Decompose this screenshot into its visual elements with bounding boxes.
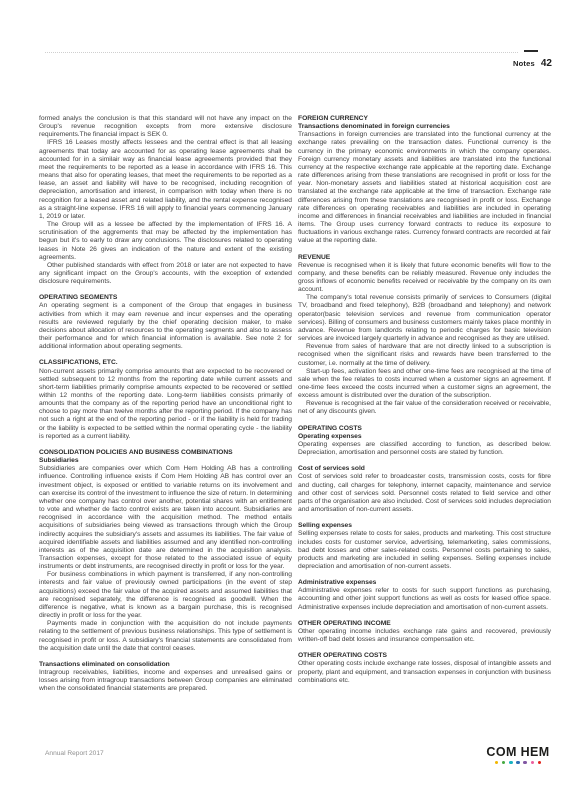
section-heading: CLASSIFICATIONS, ETC. [39, 359, 292, 367]
logo-dot-icon [538, 761, 541, 764]
paragraph: Other operating costs include exchange r… [298, 660, 551, 684]
section-heading: OPERATING SEGMENTS [39, 294, 292, 302]
logo-dot-icon [509, 761, 512, 764]
paragraph: Intragroup receivables, liabilities, inc… [39, 669, 292, 693]
paragraph: Selling expenses relate to costs for sal… [298, 530, 551, 571]
paragraph: Operating expenses are classified accord… [298, 441, 551, 457]
section-heading: REVENUE [298, 254, 551, 262]
header-dotted-rule [45, 52, 518, 53]
paragraph: The Group will as a lessee be affected b… [39, 221, 292, 262]
sub-heading: Transactions eliminated on consolidation [39, 661, 292, 669]
logo-dot-icon [516, 761, 519, 764]
paragraph: Other published standards with effect fr… [39, 262, 292, 286]
paragraph: The company's total revenue consists pri… [298, 294, 551, 343]
section-heading: CONSOLIDATION POLICIES AND BUSINESS COMB… [39, 449, 292, 457]
sub-heading: Operating expenses [298, 433, 551, 441]
paragraph: Subsidiaries are companies over which Co… [39, 465, 292, 571]
page-header-label: Notes 42 [513, 58, 552, 69]
section-label: Notes [513, 59, 535, 68]
sub-heading: Transactions denominated in foreign curr… [298, 123, 551, 131]
sub-heading: Administrative expenses [298, 579, 551, 587]
header-accent-rule [524, 50, 538, 52]
paragraph: Administrative expenses refer to costs f… [298, 587, 551, 611]
section-heading: OTHER OPERATING COSTS [298, 652, 551, 660]
comhem-logo: COM HEM [479, 745, 557, 764]
paragraph: Transactions in foreign currencies are t… [298, 131, 551, 245]
paragraph: Payments made in conjunction with the ac… [39, 620, 292, 653]
paragraph: IFRS 16 Leases mostly affects lessees an… [39, 139, 292, 221]
paragraph: Other operating income includes exchange… [298, 628, 551, 644]
page-number: 42 [541, 58, 552, 69]
body-columns: formed analys the conclusion is that thi… [39, 115, 551, 693]
logo-dot-icon [495, 761, 498, 764]
paragraph: Revenue from sales of hardware that are … [298, 343, 551, 367]
logo-dot-icon [502, 761, 505, 764]
right-column: FOREIGN CURRENCYTransactions denominated… [298, 115, 551, 693]
paragraph: Revenue is recognised when it is likely … [298, 262, 551, 295]
logo-dot-icon [531, 761, 534, 764]
logo-dot-icon [523, 761, 526, 764]
left-column: formed analys the conclusion is that thi… [39, 115, 292, 693]
sub-heading: Subsidiaries [39, 457, 292, 465]
section-heading: OTHER OPERATING INCOME [298, 620, 551, 628]
paragraph: Revenue is recognised at the fair value … [298, 400, 551, 416]
paragraph: Start-up fees, activation fees and other… [298, 368, 551, 401]
report-title: Annual Report 2017 [45, 750, 104, 757]
paragraph: formed analys the conclusion is that thi… [39, 115, 292, 139]
paragraph: For business combinations in which payme… [39, 571, 292, 620]
paragraph: Cost of services sold refer to broadcast… [298, 473, 551, 514]
report-page: Notes 42 formed analys the conclusion is… [0, 0, 573, 810]
section-heading: FOREIGN CURRENCY [298, 115, 551, 123]
section-heading: OPERATING COSTS [298, 425, 551, 433]
paragraph: Non-current assets primarily comprise am… [39, 368, 292, 441]
sub-heading: Cost of services sold [298, 465, 551, 473]
paragraph: An operating segment is a component of t… [39, 302, 292, 351]
comhem-logo-text: COM HEM [479, 745, 557, 759]
sub-heading: Selling expenses [298, 522, 551, 530]
comhem-logo-dots-icon [479, 761, 557, 764]
